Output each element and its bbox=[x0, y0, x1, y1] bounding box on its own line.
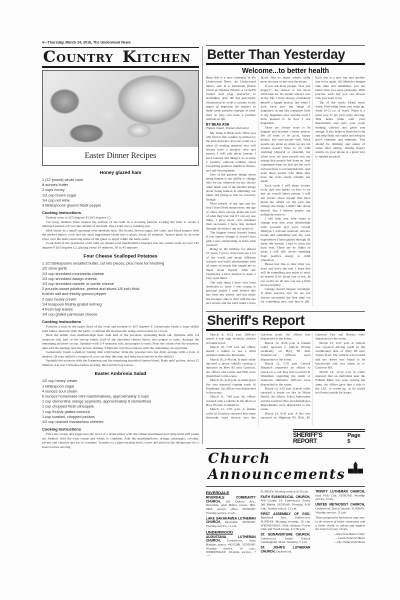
church-headline: Church Announcements bbox=[208, 451, 348, 483]
body-paragraph: The biggest lesson learned being if you … bbox=[206, 231, 256, 248]
instruction-paragraph: Heat the skillet over medium-high heat. … bbox=[42, 334, 199, 351]
body-paragraph: Please feel free to take what you need a… bbox=[261, 263, 311, 288]
byline-title: Fitness Coach, Trainer, Instructor bbox=[206, 127, 256, 131]
church-listing: UNITED METHODIST CHURCH, Underwood, Past… bbox=[315, 503, 365, 515]
newspaper-page: 4—Thursday, March 24, 2016, The Underwoo… bbox=[0, 0, 400, 600]
ingredient-line: 1/2 cup drained maraschino cherries bbox=[42, 420, 199, 425]
sheriff-entries: March 8, 8:13 p.m. Officers issued a sto… bbox=[206, 333, 365, 426]
body-paragraph: Tip of the week: Drink more water. First… bbox=[315, 101, 365, 159]
church-details: Burkhardt Ave., Underwood. SUNDAY: Morni… bbox=[261, 516, 311, 531]
church-listing: FIRST ASSEMBLY OF GOD, Burkhardt Ave., U… bbox=[261, 512, 311, 531]
body-paragraph: My name is Beau Ash. What you will find … bbox=[206, 131, 256, 172]
body-paragraph: There are always ways to be happier and … bbox=[261, 126, 311, 184]
instructions: Position a rack in the upper third of th… bbox=[42, 325, 199, 368]
better-headline: Better Than Yesterday bbox=[206, 45, 365, 65]
church-listing: FAITH EVANGELICAL CHURCH, 406 County 14,… bbox=[261, 495, 311, 510]
column-divider bbox=[202, 46, 203, 444]
ingredient-line: 1/4 cup grated parmesan cheese bbox=[42, 312, 199, 317]
instruction-paragraph: Cut long, shallow lines around the surfa… bbox=[42, 220, 199, 229]
cooking-instructions-label: Cooking Instructions bbox=[42, 211, 199, 216]
church-listing: ST. BONAVENTURE CHURCH, Underwood, Fathe… bbox=[261, 533, 311, 545]
instruction-paragraph: Sprinkle the potatoes with the Parmesan … bbox=[42, 359, 199, 368]
recipe-title: Four Cheese Scalloped Potatoes bbox=[42, 254, 199, 260]
ingredient-list: 1 1/2 tablespoons unsalted butter, cut i… bbox=[42, 261, 199, 317]
church-town-subhead: UNDERWOOD bbox=[206, 530, 256, 535]
sheriff-body-area: March 8, 8:13 p.m. Officers issued a sto… bbox=[206, 333, 365, 426]
cooking-instructions-label: Cooking Instructions bbox=[42, 427, 199, 432]
body-paragraph: Most people of my age and the way I have… bbox=[206, 202, 256, 231]
church-body-area: RIVERDALE RIVERDALE COMMUNITY CHURCH, 20… bbox=[206, 490, 365, 556]
ingredient-list: 1 (12 pound) whole ham8 ounces butter2 c… bbox=[42, 178, 199, 209]
recipes-area: Honey glazed ham 1 (12 pound) whole ham8… bbox=[42, 169, 199, 561]
instructions: Place the cream and sugar into the bowl … bbox=[42, 433, 199, 450]
body-paragraph: One of the greatest things about being h… bbox=[206, 173, 256, 202]
sponsor-intro: These progressive businesses urge you, i… bbox=[315, 516, 365, 531]
cooking-instructions-label: Cooking Instructions bbox=[42, 320, 199, 325]
continuation-slug-row: SHERIFF'S REPORT Page 5 bbox=[293, 429, 365, 445]
church-details: Underwood. bbox=[276, 550, 292, 554]
country-kitchen-masthead: Country Kitchen bbox=[42, 48, 199, 68]
sheriff-entry: March 8, 8:13 p.m. Officers issued a sto… bbox=[206, 333, 256, 345]
easter-dinner-photo bbox=[43, 71, 198, 147]
sponsor-list: —American Bank Center—Goetz Funeral Home… bbox=[315, 533, 365, 545]
sheriff-entry: March 11, 7:46 p.m. An officer assisted … bbox=[206, 395, 256, 407]
church-town-subhead: RIVERDALE bbox=[206, 491, 256, 496]
church-continuation: SUNDAY: Worship service, 8:30 a.m. bbox=[261, 490, 311, 494]
sheriff-entry: March 10, 7:23 a.m. An officer issued a … bbox=[206, 345, 256, 357]
instruction-paragraph: Position a rack in the upper third of th… bbox=[42, 325, 199, 334]
body-paragraph: I will help you with ways to change your… bbox=[261, 217, 311, 263]
recipe-photo-frame: Easter Dinner Recipes bbox=[42, 70, 199, 166]
ingredient-list: 1/2 cup heavy cream1 tablespoon sugar4 o… bbox=[42, 379, 199, 425]
country-kitchen-section: 4—Thursday, March 24, 2016, The Underwoo… bbox=[42, 40, 199, 561]
church-details: Underwood, Father Patrick Cunningham. Ma… bbox=[261, 537, 311, 544]
sponsor-line: —The Underwood News bbox=[315, 541, 365, 545]
church-icon bbox=[348, 461, 363, 474]
sheriff-entry: March 16, 11:52 p.m. A caller reported t… bbox=[315, 370, 365, 395]
instruction-paragraph: Cook ham in the preheated oven until an … bbox=[42, 242, 199, 251]
continuation-slug: SHERIFF'S REPORT bbox=[293, 433, 347, 445]
sheriff-headline: Sheriff's Report bbox=[206, 311, 365, 331]
church-details: rural Pick City. SUNDAY: Worship service… bbox=[315, 494, 365, 501]
dateline: 4—Thursday, March 24, 2016, The Underwoo… bbox=[42, 40, 199, 45]
church-listing: RIVERDALE COMMUNITY CHURCH, 200 Dakota A… bbox=[206, 496, 256, 515]
body-paragraph: If you ask most people, "Are you happy?"… bbox=[261, 84, 311, 125]
church-listing: LAKE SAKAKAWEA LUTHERAN CHURCH, Riverdal… bbox=[206, 517, 256, 529]
column-intro: Beau Ash is a new columnist in the Under… bbox=[206, 76, 256, 122]
church-listing: AUGUSTANA LUTHERAN CHURCH, Underwood, An… bbox=[206, 535, 256, 556]
church-listing: TRINITY LUTHERAN CHURCH, rural Pick City… bbox=[315, 490, 365, 502]
church-column-1: RIVERDALE RIVERDALE COMMUNITY CHURCH, 20… bbox=[206, 490, 256, 556]
right-section: Better Than Yesterday Welcome...to bette… bbox=[206, 45, 365, 556]
body-paragraph: Being in the military for almost 10 year… bbox=[206, 248, 256, 281]
sheriff-entry: March 15, 9:27 p.m. A vehicle was report… bbox=[315, 341, 365, 370]
ingredient-line: 3 tablespoons ground black pepper bbox=[42, 203, 199, 208]
church-column-2: SUNDAY: Worship service, 8:30 a.m. FAITH… bbox=[261, 490, 311, 556]
instruction-paragraph: Place the cream and sugar into the bowl … bbox=[42, 433, 199, 450]
church-column-3: TRINITY LUTHERAN CHURCH, rural Pick City… bbox=[315, 490, 365, 556]
body-paragraph: Each week I will share stories, tools, t… bbox=[261, 184, 311, 217]
continuation-page: Page 5 bbox=[347, 433, 365, 445]
instruction-paragraph: Melt butter in a small saucepan over med… bbox=[42, 229, 199, 242]
sheriff-entry: March 12, 8:24 p.m. A female caller repo… bbox=[261, 341, 311, 362]
recipe-title: Easter Ambrosia Salad bbox=[42, 371, 199, 377]
recipe-title: Honey glazed ham bbox=[42, 170, 199, 176]
instruction-paragraph: Generously brush a shallow baking dish w… bbox=[42, 351, 199, 360]
church-details: 406 County 14, Underwood, Pastor Jeff Bl… bbox=[261, 499, 311, 510]
instructions: Preheat oven to 325 degrees F (165 degre… bbox=[42, 216, 199, 250]
better-subtitle: Welcome...to better health bbox=[206, 68, 365, 75]
church-headline-row: Church Announcements bbox=[206, 448, 365, 487]
photo-caption: Easter Dinner Recipes bbox=[43, 151, 198, 160]
sheriff-entry: March 10, 3:49 p.m. A male caller report… bbox=[206, 358, 256, 379]
church-listing: ST. JOHN'S LUTHERAN CHURCH, Underwood. bbox=[261, 546, 311, 554]
sheriff-entry: March 12, 5:55 p.m. Central Dispatch req… bbox=[261, 362, 311, 387]
better-body-area: Beau Ash is a new columnist in the Under… bbox=[206, 76, 365, 307]
sheriff-entry: March 13, 3:52 p.m. A male caller report… bbox=[261, 387, 311, 412]
sheriff-entry: March 10, 4:45 p.m. A small grass fire w… bbox=[206, 379, 256, 396]
church-details: Underwood, Pastor Darwin. SUNDAY: Worshi… bbox=[315, 507, 365, 514]
